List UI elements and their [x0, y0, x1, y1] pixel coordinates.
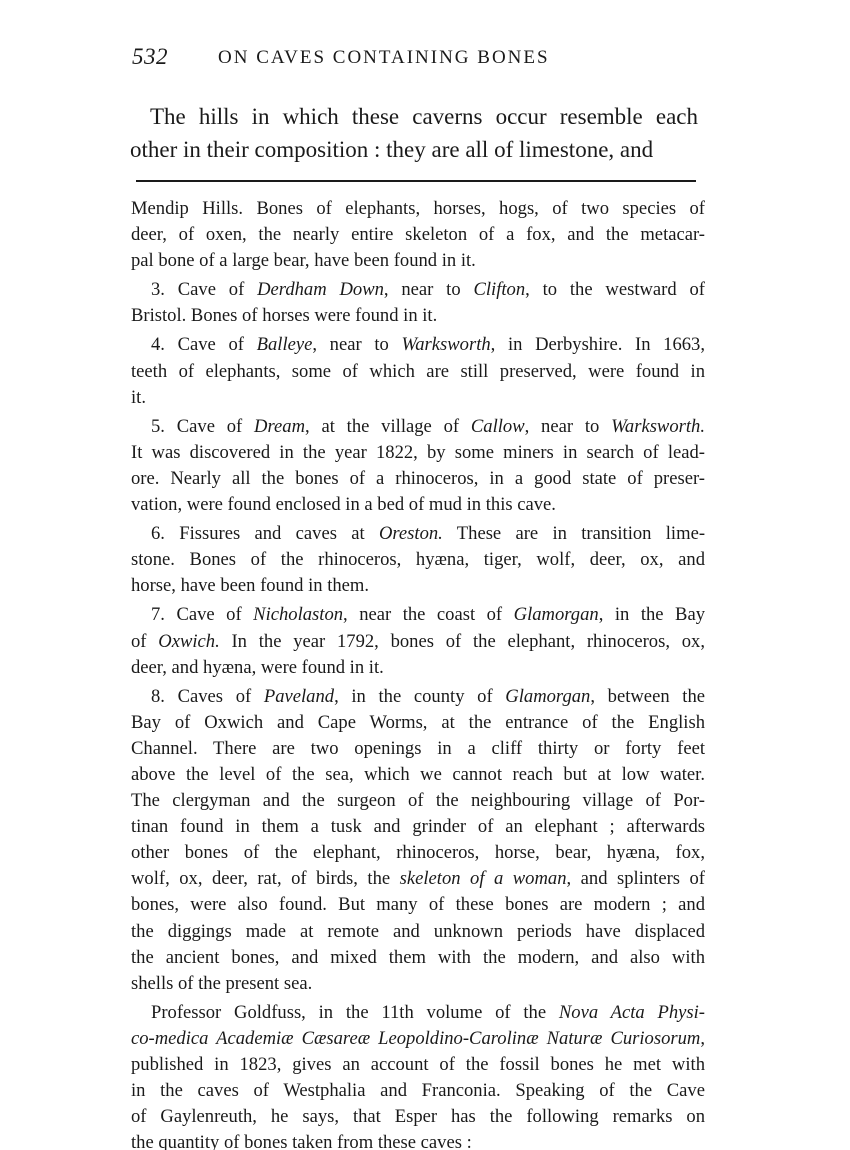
- footnote-line: 8. Caves of Paveland, in the county of G…: [131, 684, 705, 710]
- main-text-line: The hills in which these caverns occur r…: [130, 100, 698, 133]
- footnote-line: other bones of the elephant, rhinoceros,…: [131, 840, 705, 866]
- page-number: 532: [132, 44, 168, 70]
- footnote-line: The clergyman and the surgeon of the nei…: [131, 788, 705, 814]
- footnote-line: 7. Cave of Nicholaston, near the coast o…: [131, 602, 705, 628]
- footnote-line: deer, of oxen, the nearly entire skeleto…: [131, 222, 705, 248]
- footnote-line: 3. Cave of Derdham Down, near to Clifton…: [131, 277, 705, 303]
- footnote-line: of Oxwich. In the year 1792, bones of th…: [131, 629, 705, 655]
- footnote-line: above the level of the sea, which we can…: [131, 762, 705, 788]
- italic-text: Nova Acta Physi-: [559, 1002, 705, 1023]
- italic-text: Nicholaston: [253, 604, 343, 625]
- footnote-line: horse, have been found in them.: [131, 573, 705, 599]
- footnote-line: 4. Cave of Balleye, near to Warksworth, …: [131, 332, 705, 358]
- footnote-line: deer, and hyæna, were found in it.: [131, 655, 705, 681]
- italic-text: Glamorgan: [514, 604, 599, 625]
- italic-text: Oreston.: [379, 523, 443, 544]
- footnote-line: Channel. There are two openings in a cli…: [131, 736, 705, 762]
- footnote-line: co-medica Academiæ Cæsareæ Leopoldino-Ca…: [131, 1026, 705, 1052]
- footnote-line: pal bone of a large bear, have been foun…: [131, 248, 705, 274]
- italic-text: co-medica Academiæ Cæsareæ Leopoldino-Ca…: [131, 1028, 700, 1049]
- footnote-line: stone. Bones of the rhinoceros, hyæna, t…: [131, 547, 705, 573]
- footnote-line: Mendip Hills. Bones of elephants, horses…: [131, 196, 705, 222]
- italic-text: Derdham Down: [257, 279, 384, 300]
- italic-text: Warksworth.: [611, 416, 705, 437]
- footnote-line: It was discovered in the year 1822, by s…: [131, 440, 705, 466]
- footnote-line: Bristol. Bones of horses were found in i…: [131, 303, 705, 329]
- footnote-line: 6. Fissures and caves at Oreston. These …: [131, 521, 705, 547]
- footnote-line: in the caves of Westphalia and Franconia…: [131, 1078, 705, 1104]
- page-header: 532 ON CAVES CONTAINING BONES: [132, 44, 712, 74]
- italic-text: Balleye: [257, 334, 313, 355]
- running-title: ON CAVES CONTAINING BONES: [218, 47, 550, 69]
- footnote-divider: [136, 180, 696, 182]
- main-text: The hills in which these caverns occur r…: [130, 100, 698, 166]
- footnote-line: tinan found in them a tusk and grinder o…: [131, 814, 705, 840]
- italic-text: Glamorgan: [505, 686, 590, 707]
- footnote-line: the ancient bones, and mixed them with t…: [131, 945, 705, 971]
- footnote-line: shells of the present sea.: [131, 971, 705, 997]
- footnote-line: bones, were also found. But many of thes…: [131, 892, 705, 918]
- footnote-line: the diggings made at remote and unknown …: [131, 919, 705, 945]
- footnote-line: ore. Nearly all the bones of a rhinocero…: [131, 466, 705, 492]
- footnote-line: the quantity of bones taken from these c…: [131, 1130, 705, 1150]
- italic-text: Paveland: [264, 686, 334, 707]
- main-text-line: other in their composition : they are al…: [130, 133, 698, 166]
- footnote-block: Mendip Hills. Bones of elephants, horses…: [131, 196, 705, 1150]
- footnote-line: of Gaylenreuth, he says, that Esper has …: [131, 1104, 705, 1130]
- italic-text: Callow: [471, 416, 525, 437]
- italic-text: skeleton of a woman: [400, 868, 567, 889]
- italic-text: Oxwich.: [158, 631, 219, 652]
- italic-text: Dream: [254, 416, 305, 437]
- footnote-line: teeth of elephants, some of which are st…: [131, 359, 705, 385]
- footnote-line: wolf, ox, deer, rat, of birds, the skele…: [131, 866, 705, 892]
- italic-text: Warksworth: [401, 334, 490, 355]
- italic-text: Clifton: [473, 279, 525, 300]
- footnote-line: 5. Cave of Dream, at the village of Call…: [131, 414, 705, 440]
- footnote-line: Professor Goldfuss, in the 11th volume o…: [131, 1000, 705, 1026]
- book-page: 532 ON CAVES CONTAINING BONES The hills …: [0, 0, 850, 1150]
- footnote-line: published in 1823, gives an account of t…: [131, 1052, 705, 1078]
- footnote-line: Bay of Oxwich and Cape Worms, at the ent…: [131, 710, 705, 736]
- footnote-line: it.: [131, 385, 705, 411]
- footnote-line: vation, were found enclosed in a bed of …: [131, 492, 705, 518]
